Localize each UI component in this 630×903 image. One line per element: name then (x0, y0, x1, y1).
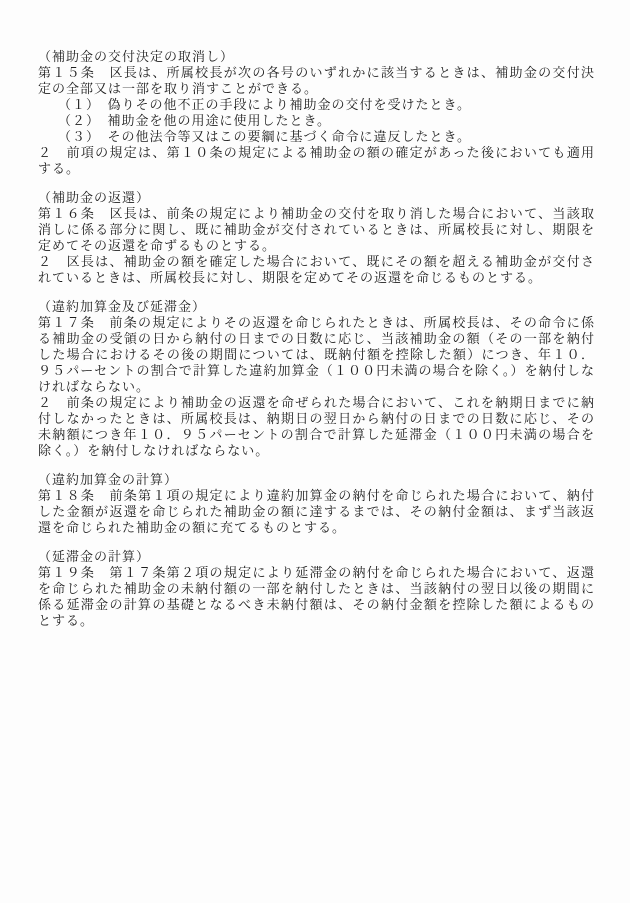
article-paragraph: 第１８条 前条第１項の規定により違約加算金の納付を命じられた場合において、納付し… (38, 489, 595, 537)
article-paragraph: ２ 前項の規定は、第１０条の規定による補助金の額の確定があった後においても適用す… (38, 146, 595, 178)
article-paragraph: ２ 区長は、補助金の額を確定した場合において、既にその額を超える補助金が交付され… (38, 255, 595, 287)
section-article-16-refund: （補助金の返還） 第１６条 区長は、前条の規定により補助金の交付を取り消した場合… (38, 191, 595, 287)
section-heading: （補助金の交付決定の取消し） (38, 50, 595, 66)
section-heading: （違約加算金の計算） (38, 473, 595, 489)
section-article-15-revocation: （補助金の交付決定の取消し） 第１５条 区長は、所属校長が次の各号のいずれかに該… (38, 50, 595, 178)
article-paragraph: 第１７条 前条の規定によりその返還を命じられたときは、所属校長は、その命令に係る… (38, 316, 595, 396)
section-article-19-late-fee-calculation: （延滞金の計算） 第１９条 第１７条第２項の規定により延滞金の納付を命じられた場… (38, 550, 595, 630)
article-paragraph: 第１９条 第１７条第２項の規定により延滞金の納付を命じられた場合において、返還を… (38, 566, 595, 630)
section-heading: （補助金の返還） (38, 191, 595, 207)
article-paragraph: 第１５条 区長は、所属校長が次の各号のいずれかに該当するときは、補助金の交付決定… (38, 66, 595, 98)
section-heading: （違約加算金及び延滞金） (38, 300, 595, 316)
section-article-18-penalty-calculation: （違約加算金の計算） 第１８条 前条第１項の規定により違約加算金の納付を命じられ… (38, 473, 595, 537)
article-paragraph: 第１６条 区長は、前条の規定により補助金の交付を取り消した場合において、当該取消… (38, 207, 595, 255)
section-heading: （延滞金の計算） (38, 550, 595, 566)
article-paragraph: ２ 前条の規定により補助金の返還を命ぜられた場合において、これを納期日までに納付… (38, 396, 595, 460)
document-page: （補助金の交付決定の取消し） 第１５条 区長は、所属校長が次の各号のいずれかに該… (0, 0, 630, 903)
section-article-17-penalty-and-late-fee: （違約加算金及び延滞金） 第１７条 前条の規定によりその返還を命じられたときは、… (38, 300, 595, 460)
item-paragraph: （３） その他法令等又はこの要綱に基づく命令に違反したとき。 (38, 130, 595, 146)
item-paragraph: （１） 偽りその他不正の手段により補助金の交付を受けたとき。 (38, 98, 595, 114)
item-paragraph: （２） 補助金を他の用途に使用したとき。 (38, 114, 595, 130)
